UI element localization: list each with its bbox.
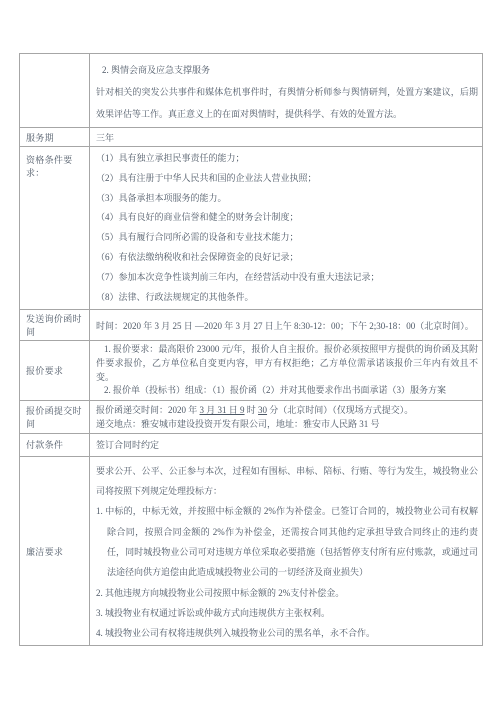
integrity-item: 4. 城投物业公司有权将违规供列入城投物业公司的黑名单，永不合作。 [96, 623, 478, 643]
row-service-period: 服务期 三年 [20, 128, 483, 147]
submission-time-line: 报价函递交时间：2020 年 3 月 31 日 9 时 30 分（北京时间）（仅… [96, 403, 478, 417]
inquiry-time-value: 时间：2020 年 3 月 25 日 —2020 年 3 月 27 日上午 8:… [90, 310, 483, 341]
integrity-intro: 要求公开、公平、公正参与本次，过程如有围标、串标、陪标、行贿、等行为发生，城投物… [96, 461, 478, 502]
procurement-info-table: 2. 舆情会商及应急支撑服务 针对相关的突发公共事件和媒体危机事件时，有舆情分析… [19, 53, 483, 646]
integrity-label: 廉洁要求 [20, 456, 90, 646]
submission-time-cell: 报价函递交时间：2020 年 3 月 31 日 9 时 30 分（北京时间）（仅… [90, 400, 483, 433]
row-service-description-continuation: 2. 舆情会商及应急支撑服务 针对相关的突发公共事件和媒体危机事件时，有舆情分析… [20, 54, 483, 128]
integrity-item: 1. 中标的，中标无效，并按照中标金额的 2%作为补偿金。已签订合同的，城投物业… [96, 501, 478, 582]
service-item-paragraph: 针对相关的突发公共事件和媒体危机事件时，有舆情分析师参与舆情研判，处置方案建议，… [96, 81, 478, 125]
payment-terms-label: 付款条件 [20, 433, 90, 456]
qualification-item: （5）具有履行合同所必需的设备和专业技术能力； [96, 228, 478, 248]
row-qualification-requirements: 资格条件要求： （1）具有独立承担民事责任的能力； （2）具有注册于中华人民共和… [20, 147, 483, 310]
service-description-cell: 2. 舆情会商及应急支撑服务 针对相关的突发公共事件和媒体危机事件时，有舆情分析… [90, 54, 483, 128]
quotation-list: 1. 报价要求：最高限价 23000 元/年，报价人自主报价。报价必须按照甲方提… [90, 341, 483, 400]
row-payment-terms: 付款条件 签订合同时约定 [20, 433, 483, 456]
qualification-item: （2）具有注册于中华人民共和国的企业法人营业执照； [96, 169, 478, 189]
service-item-title: 2. 舆情会商及应急支撑服务 [96, 56, 478, 81]
qualification-item: （6）有依法缴纳税收和社会保障资金的良好记录； [96, 248, 478, 268]
row-inquiry-time: 发送询价函时间 时间：2020 年 3 月 25 日 —2020 年 3 月 2… [20, 310, 483, 341]
quotation-item: 2. 报价单（投标书）组成：（1）报价函（2）并对其他要求作出书面承诺（3）服务… [96, 384, 478, 398]
integrity-content: 要求公开、公平、公正参与本次，过程如有围标、串标、陪标、行贿、等行为发生，城投物… [90, 456, 483, 646]
qualification-label: 资格条件要求： [20, 147, 90, 310]
service-period-value: 三年 [90, 128, 483, 147]
qualification-item: （3）具备承担本项服务的能力。 [96, 189, 478, 209]
submission-time-text: 时 [245, 405, 259, 415]
qualification-item: （4）具有良好的商业信誉和健全的财务会计制度； [96, 208, 478, 228]
row-quotation-requirements: 报价要求 1. 报价要求：最高限价 23000 元/年，报价人自主报价。报价必须… [20, 341, 483, 400]
integrity-item: 2. 其他违规方向城投物业公司按照中标金额的 2%支付补偿金。 [96, 583, 478, 603]
row-submission-time: 报价函提交时间 报价函递交时间：2020 年 3 月 31 日 9 时 30 分… [20, 400, 483, 433]
submission-date-underlined: 3 月 31 日 9 [200, 405, 245, 415]
qualification-item: （8）法律、行政法规规定的其他条件。 [96, 288, 478, 308]
label-cell-empty [20, 54, 90, 128]
submission-minute-underlined: 30 [258, 405, 267, 415]
submission-time-text: 报价函递交时间：2020 年 [96, 405, 200, 415]
qualification-item: （7）参加本次竞争性谈判前三年内，在经营活动中没有重大违法记录； [96, 268, 478, 288]
quotation-label: 报价要求 [20, 341, 90, 400]
service-period-label: 服务期 [20, 128, 90, 147]
qualification-list: （1）具有独立承担民事责任的能力； （2）具有注册于中华人民共和国的企业法人营业… [90, 147, 483, 310]
submission-address-line: 递交地点：雅安城市建设投资开发有限公司，地址：雅安市人民路 31 号 [96, 417, 478, 431]
row-integrity-requirements: 廉洁要求 要求公开、公平、公正参与本次，过程如有围标、串标、陪标、行贿、等行为发… [20, 456, 483, 646]
qualification-item: （1）具有独立承担民事责任的能力； [96, 149, 478, 169]
payment-terms-value: 签订合同时约定 [90, 433, 483, 456]
inquiry-time-label: 发送询价函时间 [20, 310, 90, 341]
quotation-item: 1. 报价要求：最高限价 23000 元/年，报价人自主报价。报价必须按照甲方提… [96, 343, 478, 384]
submission-time-text: 分（北京时间）（仅现场方式提交）。 [267, 405, 413, 415]
integrity-item: 3. 城投物业有权通过诉讼或仲裁方式向违规供方主张权利。 [96, 603, 478, 623]
submission-time-label: 报价函提交时间 [20, 400, 90, 433]
